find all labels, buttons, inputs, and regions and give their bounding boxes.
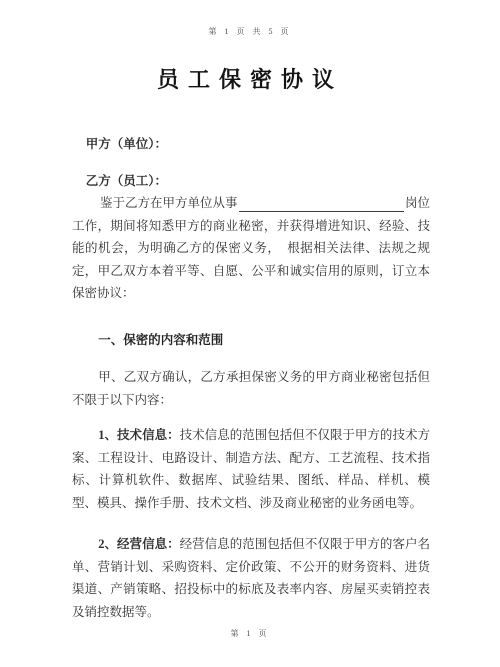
position-fill-in-blank xyxy=(239,194,404,212)
preamble-lead-text: 鉴于乙方在甲方单位从事 xyxy=(100,192,238,215)
preamble-paragraph: 鉴于乙方在甲方单位从事 岗位 工作，期间将知悉甲方的商业秘密，并获得增进知识、经… xyxy=(72,192,430,305)
document-page: 第 1 页 共 5 页 员工保密协议 甲方（单位）： 乙方（员工）： 鉴于乙方在… xyxy=(0,0,500,667)
page-footer-pagination: 第 1 页 xyxy=(0,629,500,639)
clause-2-lead: 2、经营信息： xyxy=(98,537,179,551)
party-b-label: 乙方（员工）： xyxy=(72,170,430,193)
document-title: 员工保密协议 xyxy=(0,64,500,96)
document-body: 甲方（单位）： 乙方（员工）： 鉴于乙方在甲方单位从事 岗位 工作，期间将知悉甲… xyxy=(0,133,500,623)
section-1-heading: 一、保密的内容和范围 xyxy=(72,329,430,352)
clause-1-lead: 1、技术信息： xyxy=(98,428,179,442)
preamble-continuation-text: 工作，期间将知悉甲方的商业秘密，并获得增进知识、经验、技能的机会，为明确乙方的保… xyxy=(72,215,430,305)
page-header-pagination: 第 1 页 共 5 页 xyxy=(0,0,500,37)
clause-technical-info: 1、技术信息：技术信息的范围包括但不仅限于甲方的技术方案、工程设计、电路设计、制… xyxy=(72,424,430,514)
preamble-post-blank-text: 岗位 xyxy=(405,192,430,215)
party-a-label: 甲方（单位）： xyxy=(72,133,430,156)
section-1-intro: 甲、乙双方确认，乙方承担保密义务的甲方商业秘密包括但不限于以下内容： xyxy=(72,366,430,411)
preamble-first-line: 鉴于乙方在甲方单位从事 岗位 xyxy=(72,192,430,215)
clause-business-info: 2、经营信息：经营信息的范围包括但不仅限于甲方的客户名单、营销计划、采购资料、定… xyxy=(72,533,430,623)
